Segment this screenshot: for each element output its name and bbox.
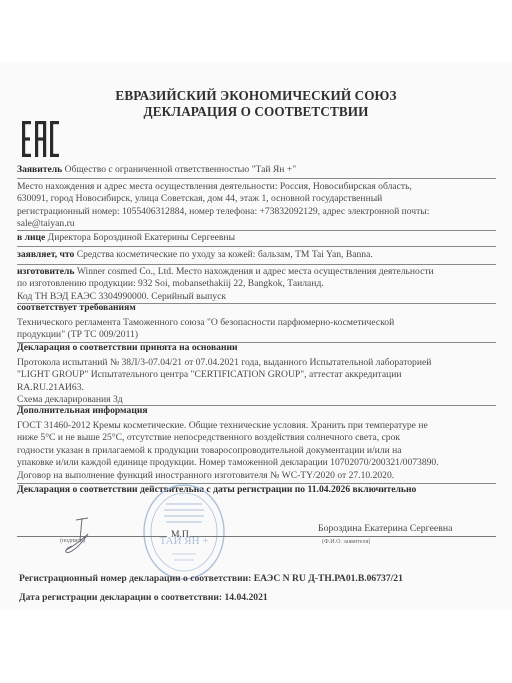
applicant-label: Заявитель [17, 164, 62, 175]
declares-label: заявляет, что [17, 249, 74, 260]
divider [17, 178, 496, 179]
basis-line: Протокола испытаний № 38Л/3-07.04/21 от … [17, 357, 495, 369]
represented-by-row: в лице Директора Бороздиной Екатерины Се… [17, 232, 495, 244]
declaration-title: ДЕКЛАРАЦИЯ О СООТВЕТСТВИИ [0, 104, 512, 120]
regulation-line: продукции" (ТР ТС 009/2011) [17, 329, 495, 341]
divider [17, 264, 496, 265]
represented-by-value: Директора Бороздиной Екатерины Сергеевны [45, 232, 235, 243]
regulation-line: Технического регламента Таможенного союз… [17, 317, 495, 329]
basis-label: Декларация о соответствии принята на осн… [17, 342, 495, 354]
declares-value: Средства косметические по уходу за кожей… [74, 249, 372, 260]
divider [17, 230, 496, 231]
additional-line: Договор на выполнение функций иностранно… [17, 470, 495, 482]
union-title: ЕВРАЗИЙСКИЙ ЭКОНОМИЧЕСКИЙ СОЮЗ [0, 88, 512, 104]
basis-block: Протокола испытаний № 38Л/3-07.04/21 от … [17, 357, 495, 407]
complies-block: Технического регламента Таможенного союз… [17, 317, 495, 342]
registration-date: Дата регистрации декларации о соответств… [19, 592, 268, 603]
basis-line: "LIGHT GROUP" Испытательного центра "CER… [17, 369, 495, 381]
signatory-name: Бороздина Екатерина Сергеевна [318, 523, 453, 534]
signature-icon [54, 516, 104, 556]
divider [17, 246, 496, 247]
represented-by-label: в лице [17, 232, 45, 243]
manufacturer-line: Winner cosmed Co., Ltd. Место нахождения… [74, 266, 433, 277]
address-line: Место нахождения и адрес места осуществл… [17, 181, 495, 193]
address-line: 630091, город Новосибирск, улица Советск… [17, 193, 495, 205]
additional-block: ГОСТ 31460-2012 Кремы косметические. Общ… [17, 420, 495, 482]
address-line: регистрационный номер: 1055406312884, но… [17, 206, 495, 218]
complies-label: соответствует требованиям [17, 302, 495, 314]
manufacturer-label: изготовитель [17, 266, 74, 277]
additional-line: годности указан в прилагаемой к продукци… [17, 445, 495, 457]
seal-label: М.П. [171, 529, 191, 540]
additional-line: ГОСТ 31460-2012 Кремы косметические. Общ… [17, 420, 495, 432]
registration-number: Регистрационный номер декларации о соотв… [19, 573, 403, 584]
manufacturer-block: изготовитель Winner cosmed Co., Ltd. Мес… [17, 266, 495, 303]
signature-caption: (подпись) [60, 538, 85, 544]
declares-row: заявляет, что Средства косметические по … [17, 249, 495, 261]
address-block: Место нахождения и адрес места осуществл… [17, 181, 495, 231]
email-text: sale@taiyan.ru [17, 218, 495, 230]
validity-text: Декларация о соответствии действительна … [17, 484, 495, 496]
additional-line: ниже 5°С и не выше 25°С, отсутствие непо… [17, 432, 495, 444]
name-caption: (Ф.И.О. заявителя) [322, 539, 370, 545]
applicant-row: Заявитель Общество с ограниченной ответс… [17, 164, 495, 176]
manufacturer-line: по изготовлению продукции: 932 Soi, moba… [17, 278, 495, 290]
basis-line: RA.RU.21АИ63. [17, 382, 495, 394]
additional-label: Дополнительная информация [17, 405, 495, 417]
additional-line: упаковке и/или каждой единице продукции.… [17, 457, 495, 469]
name-line [190, 536, 496, 537]
applicant-value: Общество с ограниченной ответственностью… [62, 164, 296, 175]
eac-logo-icon [21, 121, 61, 157]
